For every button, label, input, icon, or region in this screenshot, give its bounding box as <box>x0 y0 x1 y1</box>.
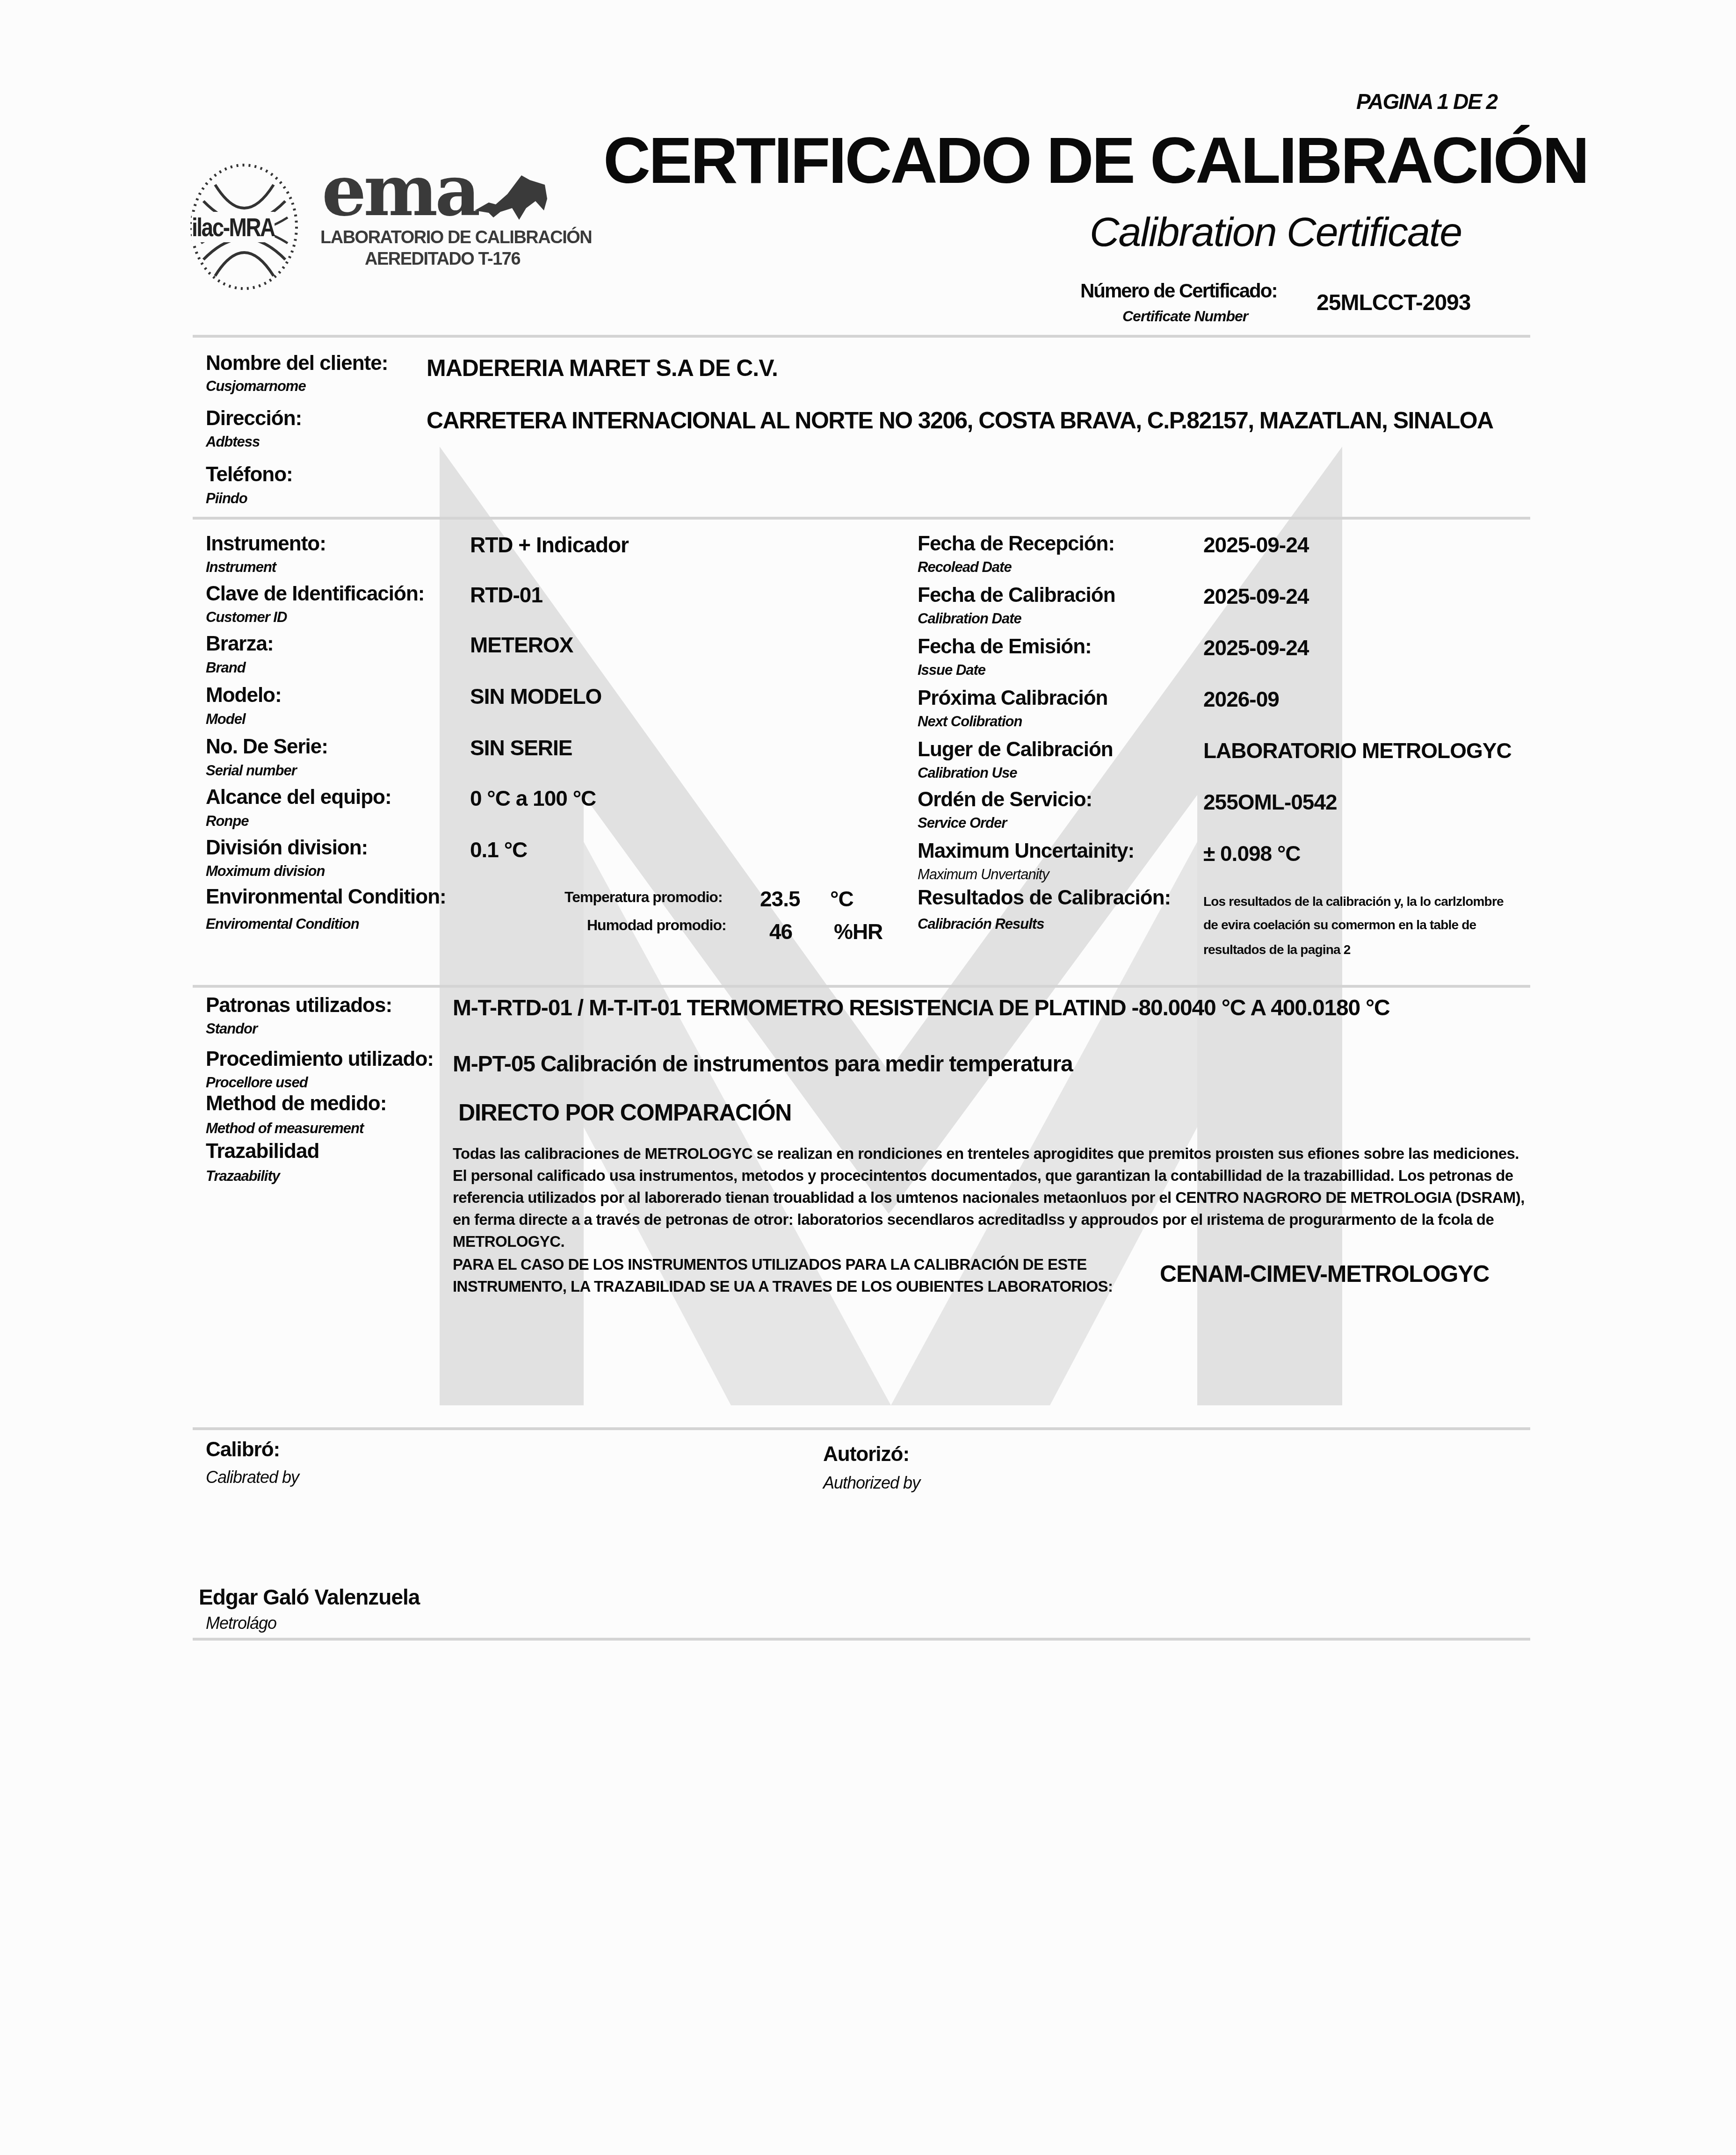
traceability-paragraph: Todas las calibraciones de METROLOGYC se… <box>453 1143 1525 1252</box>
client-name-label: Nombre del cliente: <box>206 352 388 375</box>
results-label: Resultados de Calibración: <box>918 886 1171 910</box>
labs-note-line-1: PARA EL CASO DE LOS INSTRUMENTOS UTILIZA… <box>453 1253 1113 1275</box>
phone-sublabel: Piindo <box>206 490 247 507</box>
address-label: Dirección: <box>206 407 302 430</box>
results-line-1: Los resultados de la calibración y, la l… <box>1203 894 1504 909</box>
divider <box>193 517 1530 520</box>
results-line-3: resultados de la pagina 2 <box>1203 942 1351 957</box>
ema-eagle-icon <box>475 175 547 220</box>
service-order-sublabel: Service Order <box>918 815 1006 832</box>
standards-value: M-T-RTD-01 / M-T-IT-01 TERMOMETRO RESIST… <box>453 995 1389 1021</box>
uncertainty-label: Maximum Uncertainity: <box>918 839 1134 863</box>
customer-id-value: RTD-01 <box>470 582 542 607</box>
model-sublabel: Model <box>206 711 246 728</box>
instrument-value: RTD + Indicador <box>470 532 629 557</box>
traceability-sublabel: Trazaability <box>206 1168 280 1185</box>
divider <box>193 985 1530 988</box>
procedure-label: Procedimiento utilizado: <box>206 1048 434 1071</box>
next-calibration-sublabel: Next Colibration <box>918 713 1022 730</box>
calibrated-by-label: Calibró: <box>206 1438 280 1461</box>
uncertainty-sublabel: Maximum Unvertanity <box>918 866 1049 883</box>
brand-sublabel: Brand <box>206 659 246 676</box>
customer-id-label: Clave de Identificación: <box>206 582 424 606</box>
instrument-sublabel: Instrument <box>206 559 276 576</box>
address-value: CARRETERA INTERNACIONAL AL NORTE NO 3206… <box>427 407 1493 434</box>
standards-label: Patronas utilizados: <box>206 994 392 1017</box>
calibrated-by-sublabel: Calibrated by <box>206 1468 299 1487</box>
method-sublabel: Method of measurement <box>206 1120 363 1137</box>
model-label: Modelo: <box>206 684 282 707</box>
authorized-by-label: Autorizó: <box>823 1443 909 1466</box>
service-order-value: 255OML-0542 <box>1203 789 1337 815</box>
reception-date-value: 2025-09-24 <box>1203 532 1309 557</box>
address-sublabel: Adbtess <box>206 434 260 450</box>
brand-value: METEROX <box>470 632 573 658</box>
serial-value: SIN SERIE <box>470 735 572 760</box>
calibration-date-label: Fecha de Calibración <box>918 584 1115 607</box>
calibrator-role: Metrolágo <box>206 1613 276 1633</box>
customer-id-sublabel: Customer ID <box>206 609 287 626</box>
traceability-line-3: referencia utilizados por al laborerado … <box>453 1186 1525 1208</box>
client-name-sublabel: Cusjomarnome <box>206 378 306 395</box>
division-sublabel: Moximum division <box>206 863 325 880</box>
uncertainty-value: ± 0.098 °C <box>1203 841 1301 866</box>
division-value: 0.1 °C <box>470 837 527 862</box>
calibration-date-sublabel: Calibration Date <box>918 610 1021 627</box>
certificate-number-value: 25MLCCT-2093 <box>1316 290 1470 316</box>
authorized-by-sublabel: Authorized by <box>823 1473 920 1493</box>
calibration-date-value: 2025-09-24 <box>1203 584 1309 609</box>
traceability-line-4: en ferma directe a a través de petronas … <box>453 1208 1525 1230</box>
issue-date-sublabel: Issue Date <box>918 662 985 679</box>
procedure-value: M-PT-05 Calibración de instrumentos para… <box>453 1051 1072 1077</box>
temperature-label: Temperatura promodio: <box>564 889 723 906</box>
range-value: 0 °C a 100 °C <box>470 786 596 811</box>
lab-accreditation-line1: LABORATORIO DE CALIBRACIÓN <box>320 228 592 248</box>
results-sublabel: Calibración Results <box>918 916 1044 933</box>
traceability-line-1: Todas las calibraciones de METROLOGYC se… <box>453 1143 1525 1164</box>
issue-date-value: 2025-09-24 <box>1203 635 1309 660</box>
calibration-place-label: Luger de Calibración <box>918 738 1113 761</box>
humidity-label: Humodad promodio: <box>587 917 726 934</box>
serial-label: No. De Serie: <box>206 735 328 759</box>
calibrator-name: Edgar Galó Valenzuela <box>199 1584 420 1610</box>
reception-date-label: Fecha de Recepción: <box>918 532 1114 556</box>
divider <box>193 1427 1530 1430</box>
humidity-unit: %HR <box>834 919 882 944</box>
lab-accreditation-line2: AEREDITADO T-176 <box>365 249 520 269</box>
traceability-line-5: METROLOGYC. <box>453 1230 1525 1252</box>
instrument-label: Instrumento: <box>206 532 326 556</box>
labs-note: PARA EL CASO DE LOS INSTRUMENTOS UTILIZA… <box>453 1253 1113 1297</box>
division-label: División division: <box>206 836 368 860</box>
labs-note-line-2: INSTRUMENTO, LA TRAZABILIDAD SE UA A TRA… <box>453 1275 1113 1297</box>
next-calibration-value: 2026-09 <box>1203 687 1279 712</box>
certificate-title: CERTIFICADO DE CALIBRACIÓN <box>603 123 1588 198</box>
traceability-line-2: El personal calificado usa instrumentos,… <box>453 1164 1525 1186</box>
ema-logo-text: ema <box>322 150 477 232</box>
next-calibration-label: Próxima Calibración <box>918 687 1107 710</box>
serial-sublabel: Serial number <box>206 762 297 779</box>
calibration-place-sublabel: Calibration Use <box>918 765 1017 781</box>
certificate-number-sublabel: Certificate Number <box>1122 308 1248 325</box>
page-indicator: PAGINA 1 DE 2 <box>1356 89 1497 114</box>
client-name-value: MADERERIA MARET S.A DE C.V. <box>427 354 778 382</box>
ilac-mra-logo: ilac-MRA <box>187 161 302 292</box>
ilac-text: ilac-MRA <box>192 212 275 242</box>
standards-sublabel: Standor <box>206 1020 257 1037</box>
procedure-sublabel: Procellore used <box>206 1074 308 1091</box>
certificate-subtitle: Calibration Certificate <box>1090 208 1461 256</box>
humidity-value: 46 <box>769 919 792 944</box>
method-label: Method de medido: <box>206 1092 386 1115</box>
divider <box>193 1638 1530 1641</box>
temperature-unit: °C <box>830 886 854 911</box>
traceability-labs-value: CENAM-CIMEV-METROLOGYC <box>1160 1260 1489 1287</box>
results-line-2: de evira coelación su comermon en la tab… <box>1203 918 1476 933</box>
certificate-number-label: Número de Certificado: <box>1080 280 1277 302</box>
phone-label: Teléfono: <box>206 463 293 486</box>
issue-date-label: Fecha de Emisión: <box>918 635 1092 658</box>
model-value: SIN MODELO <box>470 684 601 709</box>
calibration-place-value: LABORATORIO METROLOGYC <box>1203 738 1512 763</box>
method-value: DIRECTO POR COMPARACIÓN <box>458 1099 791 1126</box>
brand-label: Brarza: <box>206 632 274 656</box>
traceability-label: Trazabilidad <box>206 1140 319 1163</box>
range-label: Alcance del equipo: <box>206 786 391 809</box>
range-sublabel: Ronpe <box>206 813 248 830</box>
divider <box>193 335 1530 338</box>
temperature-value: 23.5 <box>760 886 800 911</box>
environment-label: Environmental Condition: <box>206 885 446 909</box>
reception-date-sublabel: Recolead Date <box>918 559 1012 576</box>
service-order-label: Ordén de Servicio: <box>918 788 1092 811</box>
environment-sublabel: Enviromental Condition <box>206 916 359 933</box>
